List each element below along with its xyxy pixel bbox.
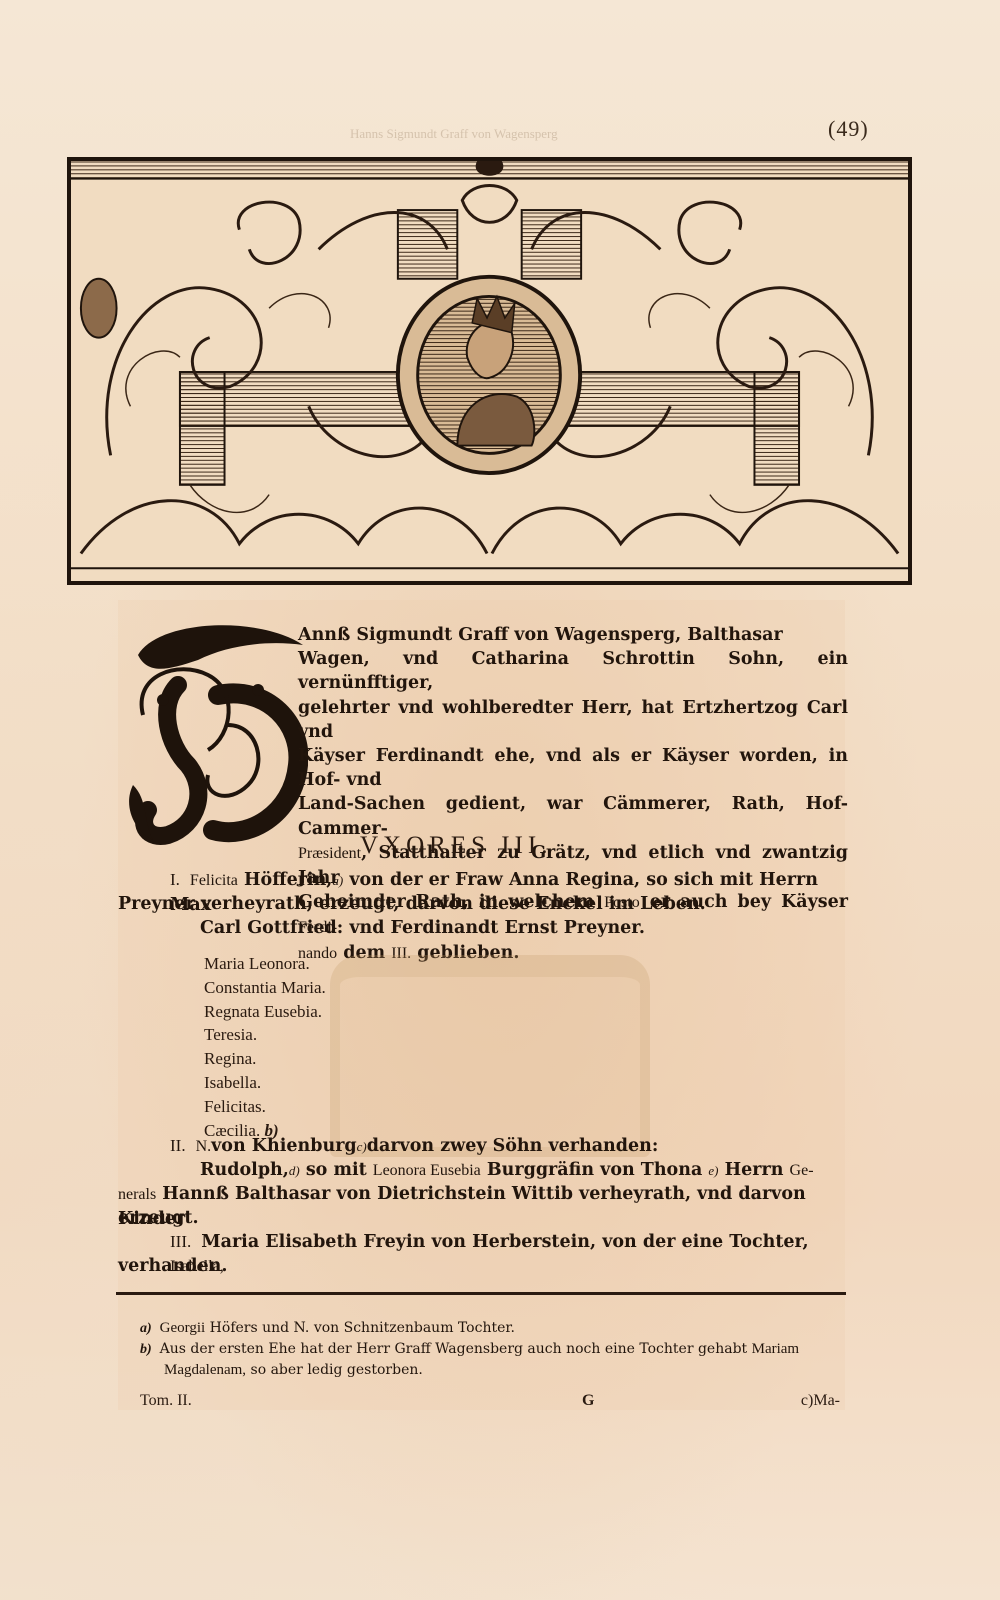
drop-cap: [118, 615, 308, 845]
footnotes: a)Georgii Höfers und N. von Schnitzenbau…: [140, 1318, 850, 1381]
footnote-a: a)Georgii Höfers und N. von Schnitzenbau…: [140, 1318, 850, 1339]
footnote-b: b)Aus der ersten Ehe hat der Herr Graff …: [140, 1339, 850, 1360]
wife-entry-2: II.N.von Khienburgc)darvon zwey Söhn ver…: [170, 1134, 850, 1159]
footnote-ref[interactable]: a): [332, 873, 343, 888]
signature-line: Tom. II. G c)Ma-: [140, 1392, 840, 1416]
wife-entry-3-end: verhanden.: [118, 1254, 228, 1278]
intro-line: Annß Sigmundt Graff von Wagensperg, Balt…: [298, 623, 848, 647]
bleed-through-stain: [330, 955, 650, 1157]
wife-entry-2-cont: nerals Hannß Balthasar von Dietrichstein…: [118, 1182, 848, 1231]
wife-entry-2-son: Rudolph,d) so mit Leonora Eusebia Burggr…: [200, 1158, 850, 1183]
list-item: Constantia Maria.: [204, 976, 326, 1000]
volume-label: Tom. II.: [140, 1392, 192, 1410]
running-head-bleed: Hanns Sigmundt Graff von Wagensperg: [350, 126, 558, 142]
wife-entry-2-end: erzeugt.: [118, 1206, 199, 1230]
list-item: Regnata Eusebia.: [204, 1000, 326, 1024]
list-item: Felicitas.: [204, 1095, 326, 1119]
granddaughters-list: Maria Leonora. Constantia Maria. Regnata…: [204, 952, 326, 1142]
woodcut-headpiece-icon: [71, 161, 908, 581]
wife-entry-3: III.Maria Elisabeth Freyin von Herberste…: [170, 1230, 850, 1279]
intro-line: Wagen, vnd Catharina Schrottin Sohn, ein…: [298, 647, 848, 695]
wife-entry-1-cont: Preyner verheyrath, erzeugt, darvon dies…: [118, 892, 848, 916]
footnote-ref[interactable]: d): [289, 1163, 300, 1178]
footnote-b-cont: Magdalenam, so aber ledig gestorben.: [140, 1360, 850, 1381]
list-item: Isabella.: [204, 1071, 326, 1095]
ornamental-initial-H-icon: [118, 615, 308, 845]
footnote-rule: [116, 1292, 846, 1295]
footnote-ref[interactable]: e): [708, 1163, 718, 1178]
intro-line: gelehrter vnd wohlberedter Herr, hat Ert…: [298, 696, 848, 744]
portrait-medallion-icon: [398, 277, 580, 473]
grandsons-line: Carl Gottfried: vnd Ferdinandt Ernst Pre…: [200, 916, 850, 940]
page-number: (49): [828, 116, 869, 142]
list-item: Regina.: [204, 1047, 326, 1071]
footnote-ref[interactable]: c): [357, 1139, 367, 1154]
section-heading: VXORES III.: [360, 832, 553, 860]
signature-mark: G: [582, 1392, 594, 1410]
list-item: Teresia.: [204, 1023, 326, 1047]
catchword: c)Ma-: [801, 1392, 840, 1410]
woodcut-headpiece: [67, 157, 912, 585]
intro-line: Käyser Ferdinandt ehe, vnd als er Käyser…: [298, 744, 848, 792]
list-item: Maria Leonora.: [204, 952, 326, 976]
